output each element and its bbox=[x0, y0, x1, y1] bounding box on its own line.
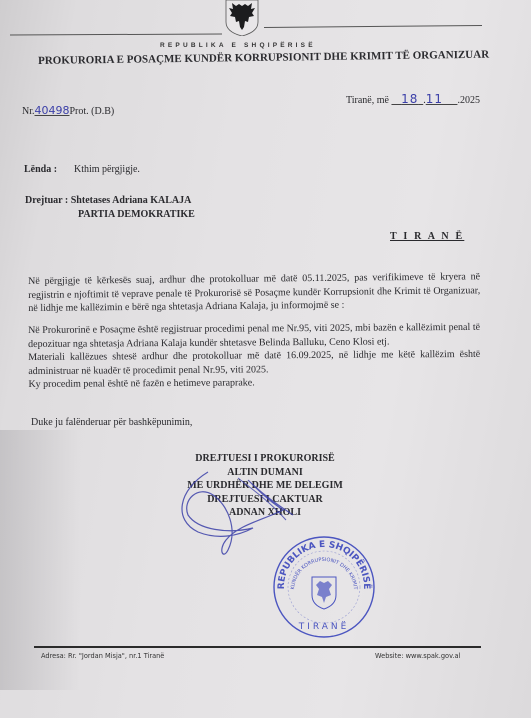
footer-rule bbox=[34, 646, 481, 648]
institution-title: PROKURORIA E POSAÇME KUNDËR KORRUPSIONIT… bbox=[38, 49, 489, 67]
svg-text:TIRANË: TIRANË bbox=[298, 621, 350, 632]
delegation-note: ME URDHËR DHE ME DELEGIM bbox=[150, 479, 380, 493]
handwritten-number: 40498 bbox=[35, 104, 70, 117]
svg-text:REPUBLIKA E SHQIPËRISË: REPUBLIKA E SHQIPËRISË bbox=[277, 540, 372, 590]
body-paragraph-3: Materiali kallëzues shtesë ardhur dhe pr… bbox=[28, 348, 480, 378]
body-paragraph-2: Në Prokurorinë e Posaçme është regjistru… bbox=[28, 321, 480, 351]
delegate-name: ADNAN XHOLI bbox=[150, 506, 380, 520]
header-rule-left bbox=[10, 33, 222, 35]
albanian-eagle-emblem-icon bbox=[222, 0, 262, 36]
addressee-name: Shtetases Adriana KALAJA bbox=[71, 195, 192, 206]
prot-label: Prot. (D.B) bbox=[70, 106, 115, 117]
destination-city: T I R A N Ë bbox=[390, 231, 464, 242]
addressee-block: Drejtuar : Shtetases Adriana KALAJA PART… bbox=[25, 194, 195, 222]
signature-block: DREJTUESI I PROKURORISË ALTIN DUMANI ME … bbox=[150, 452, 380, 520]
place-label: Tiranë, më bbox=[346, 95, 389, 106]
nr-label: Nr. bbox=[22, 106, 35, 117]
handwritten-day: 18 bbox=[391, 92, 423, 106]
subject-label: Lënda : bbox=[24, 164, 74, 175]
signatory-name: ALTIN DUMANI bbox=[150, 466, 380, 480]
footer-website: Website: www.spak.gov.al bbox=[375, 652, 460, 660]
handwritten-month: 11 bbox=[426, 92, 458, 106]
paper-shadow bbox=[0, 430, 80, 690]
subject-value: Kthim përgjigje. bbox=[74, 164, 140, 175]
year: .2025 bbox=[457, 95, 480, 106]
document-date: Tiranë, më 18 .11 .2025 bbox=[346, 92, 480, 106]
body-paragraphs-2-4: Në Prokurorinë e Posaçme është regjistru… bbox=[28, 321, 480, 392]
body-paragraph-1: Në përgjigje të kërkesës suaj, ardhur dh… bbox=[28, 270, 480, 315]
footer-address: Adresa: Rr. "Jordan Misja", nr.1 Tiranë bbox=[41, 652, 164, 660]
delegate-title: DREJTUESI I CAKTUAR bbox=[150, 493, 380, 507]
body-paragraph-4: Ky procedim penal është në fazën e hetim… bbox=[28, 375, 480, 392]
header-rule-right bbox=[264, 25, 482, 28]
official-stamp-icon: REPUBLIKA E SHQIPËRISË KUNDËR KORRUPSION… bbox=[270, 533, 378, 641]
protocol-number: Nr.40498Prot. (D.B) bbox=[22, 104, 114, 117]
signatory-title: DREJTUESI I PROKURORISË bbox=[150, 452, 380, 466]
republic-title: REPUBLIKA E SHQIPËRISË bbox=[160, 42, 316, 49]
addressee-organization: PARTIA DEMOKRATIKE bbox=[25, 208, 195, 222]
subject-line: Lënda :Kthim përgjigje. bbox=[24, 164, 140, 175]
closing-line: Duke ju falënderuar për bashkëpunimin, bbox=[31, 417, 192, 428]
addressee-label: Drejtuar : bbox=[25, 195, 68, 206]
